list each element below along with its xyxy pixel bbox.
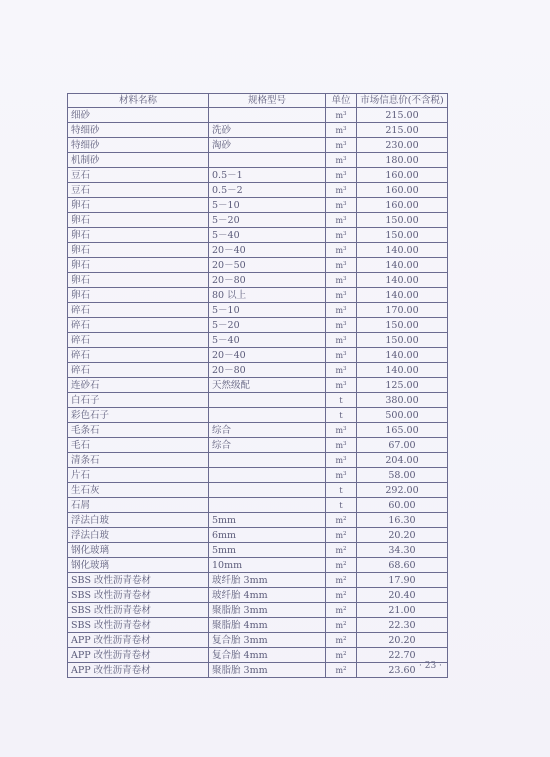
spec-model-cell: 玻纤胎 4mm (209, 588, 326, 603)
table-row: 生石灰 t 292.00 (68, 483, 448, 498)
spec-model-cell: 5－40 (209, 228, 326, 243)
spec-model-cell: 天然级配 (209, 378, 326, 393)
price-cell: 60.00 (357, 498, 448, 513)
material-name-cell: 浮法白玻 (68, 528, 209, 543)
table-row: 连砂石 天然级配 m3 125.00 (68, 378, 448, 393)
price-cell: 380.00 (357, 393, 448, 408)
material-name-cell: 碎石 (68, 318, 209, 333)
price-cell: 140.00 (357, 273, 448, 288)
unit-cell: m3 (326, 243, 357, 258)
material-name-cell: 毛条石 (68, 423, 209, 438)
material-name-cell: 碎石 (68, 333, 209, 348)
table-row: 清条石 m3 204.00 (68, 453, 448, 468)
table-row: SBS 改性沥青卷材 玻纤胎 3mm m2 17.90 (68, 573, 448, 588)
header-market-price: 市场信息价(不含税) (357, 94, 448, 108)
spec-model-cell (209, 108, 326, 123)
material-name-cell: APP 改性沥青卷材 (68, 663, 209, 678)
table-row: 彩色石子 t 500.00 (68, 408, 448, 423)
material-name-cell: 白石子 (68, 393, 209, 408)
unit-cell: m3 (326, 198, 357, 213)
spec-model-cell (209, 498, 326, 513)
spec-model-cell: 5－10 (209, 198, 326, 213)
unit-cell: m2 (326, 633, 357, 648)
spec-model-cell: 聚脂胎 3mm (209, 603, 326, 618)
unit-cell: m3 (326, 453, 357, 468)
table-row: 碎石 5－10 m3 170.00 (68, 303, 448, 318)
table-row: 特细砂 淘砂 m3 230.00 (68, 138, 448, 153)
table-row: 浮法白玻 5mm m2 16.30 (68, 513, 448, 528)
spec-model-cell: 0.5－2 (209, 183, 326, 198)
unit-cell: m3 (326, 228, 357, 243)
table-row: 卵石 20－50 m3 140.00 (68, 258, 448, 273)
spec-model-cell (209, 408, 326, 423)
material-name-cell: APP 改性沥青卷材 (68, 633, 209, 648)
material-name-cell: 碎石 (68, 348, 209, 363)
material-name-cell: APP 改性沥青卷材 (68, 648, 209, 663)
table-row: 钢化玻璃 10mm m2 68.60 (68, 558, 448, 573)
spec-model-cell: 复合胎 3mm (209, 633, 326, 648)
unit-cell: m3 (326, 123, 357, 138)
unit-cell: m3 (326, 168, 357, 183)
unit-cell: m2 (326, 618, 357, 633)
unit-cell: t (326, 483, 357, 498)
spec-model-cell: 5mm (209, 513, 326, 528)
header-material-name: 材料名称 (68, 94, 209, 108)
unit-cell: m3 (326, 108, 357, 123)
price-cell: 230.00 (357, 138, 448, 153)
material-name-cell: SBS 改性沥青卷材 (68, 603, 209, 618)
price-cell: 150.00 (357, 228, 448, 243)
spec-model-cell: 20－80 (209, 273, 326, 288)
material-name-cell: 豆石 (68, 168, 209, 183)
table-row: SBS 改性沥青卷材 聚脂胎 4mm m2 22.30 (68, 618, 448, 633)
table-row: SBS 改性沥青卷材 聚脂胎 3mm m2 21.00 (68, 603, 448, 618)
material-name-cell: 碎石 (68, 363, 209, 378)
table-row: 碎石 20－80 m3 140.00 (68, 363, 448, 378)
price-cell: 20.40 (357, 588, 448, 603)
price-cell: 150.00 (357, 213, 448, 228)
unit-cell: m3 (326, 348, 357, 363)
price-cell: 16.30 (357, 513, 448, 528)
unit-cell: m2 (326, 648, 357, 663)
spec-model-cell: 5mm (209, 543, 326, 558)
table-row: 卵石 20－40 m3 140.00 (68, 243, 448, 258)
unit-cell: m3 (326, 378, 357, 393)
price-cell: 160.00 (357, 168, 448, 183)
material-name-cell: 连砂石 (68, 378, 209, 393)
spec-model-cell: 综合 (209, 438, 326, 453)
table-row: 毛石 综合 m3 67.00 (68, 438, 448, 453)
unit-cell: m2 (326, 528, 357, 543)
table-row: 碎石 5－20 m3 150.00 (68, 318, 448, 333)
spec-model-cell: 5－40 (209, 333, 326, 348)
material-name-cell: 卵石 (68, 213, 209, 228)
price-cell: 170.00 (357, 303, 448, 318)
price-cell: 140.00 (357, 288, 448, 303)
material-name-cell: 碎石 (68, 303, 209, 318)
table-row: 碎石 5－40 m3 150.00 (68, 333, 448, 348)
header-spec-model: 规格型号 (209, 94, 326, 108)
table-row: 浮法白玻 6mm m2 20.20 (68, 528, 448, 543)
material-name-cell: 豆石 (68, 183, 209, 198)
unit-cell: m2 (326, 588, 357, 603)
unit-cell: m3 (326, 258, 357, 273)
price-cell: 500.00 (357, 408, 448, 423)
price-cell: 140.00 (357, 348, 448, 363)
unit-cell: m3 (326, 273, 357, 288)
table-row: 卵石 80 以上 m3 140.00 (68, 288, 448, 303)
material-name-cell: SBS 改性沥青卷材 (68, 573, 209, 588)
header-unit: 单位 (326, 94, 357, 108)
unit-cell: t (326, 393, 357, 408)
price-cell: 125.00 (357, 378, 448, 393)
price-cell: 20.20 (357, 633, 448, 648)
table-row: 卵石 5－40 m3 150.00 (68, 228, 448, 243)
spec-model-cell: 5－20 (209, 213, 326, 228)
table-row: 卵石 5－20 m3 150.00 (68, 213, 448, 228)
material-name-cell: 特细砂 (68, 138, 209, 153)
unit-cell: m3 (326, 153, 357, 168)
material-name-cell: 石屑 (68, 498, 209, 513)
table-row: 机制砂 m3 180.00 (68, 153, 448, 168)
price-cell: 180.00 (357, 153, 448, 168)
price-cell: 20.20 (357, 528, 448, 543)
spec-model-cell: 20－40 (209, 348, 326, 363)
price-cell: 204.00 (357, 453, 448, 468)
material-name-cell: 钢化玻璃 (68, 543, 209, 558)
table-row: 钢化玻璃 5mm m2 34.30 (68, 543, 448, 558)
table-row: APP 改性沥青卷材 聚脂胎 3mm m2 23.60 (68, 663, 448, 678)
table-row: APP 改性沥青卷材 复合胎 3mm m2 20.20 (68, 633, 448, 648)
price-cell: 22.30 (357, 618, 448, 633)
spec-model-cell: 20－80 (209, 363, 326, 378)
spec-model-cell: 淘砂 (209, 138, 326, 153)
table-header-row: 材料名称 规格型号 单位 市场信息价(不含税) (68, 94, 448, 108)
spec-model-cell (209, 468, 326, 483)
spec-model-cell: 复合胎 4mm (209, 648, 326, 663)
table-row: 卵石 20－80 m3 140.00 (68, 273, 448, 288)
spec-model-cell: 6mm (209, 528, 326, 543)
price-cell: 165.00 (357, 423, 448, 438)
price-cell: 150.00 (357, 333, 448, 348)
spec-model-cell: 洗砂 (209, 123, 326, 138)
table-row: 毛条石 综合 m3 165.00 (68, 423, 448, 438)
material-name-cell: 卵石 (68, 228, 209, 243)
spec-model-cell: 80 以上 (209, 288, 326, 303)
material-name-cell: 卵石 (68, 273, 209, 288)
unit-cell: m3 (326, 468, 357, 483)
price-cell: 34.30 (357, 543, 448, 558)
spec-model-cell (209, 153, 326, 168)
spec-model-cell: 聚脂胎 4mm (209, 618, 326, 633)
unit-cell: m3 (326, 423, 357, 438)
material-name-cell: 彩色石子 (68, 408, 209, 423)
table-row: 特细砂 洗砂 m3 215.00 (68, 123, 448, 138)
price-cell: 215.00 (357, 108, 448, 123)
unit-cell: m3 (326, 318, 357, 333)
material-name-cell: 卵石 (68, 258, 209, 273)
material-name-cell: SBS 改性沥青卷材 (68, 618, 209, 633)
table-row: APP 改性沥青卷材 复合胎 4mm m2 22.70 (68, 648, 448, 663)
spec-model-cell: 聚脂胎 3mm (209, 663, 326, 678)
material-name-cell: 片石 (68, 468, 209, 483)
table-row: SBS 改性沥青卷材 玻纤胎 4mm m2 20.40 (68, 588, 448, 603)
material-name-cell: 卵石 (68, 288, 209, 303)
material-name-cell: 毛石 (68, 438, 209, 453)
unit-cell: m2 (326, 603, 357, 618)
material-name-cell: 卵石 (68, 243, 209, 258)
spec-model-cell (209, 483, 326, 498)
material-name-cell: SBS 改性沥青卷材 (68, 588, 209, 603)
spec-model-cell: 5－20 (209, 318, 326, 333)
table-body: 细砂 m3 215.00 特细砂 洗砂 m3 215.00 特细砂 淘砂 m3 … (68, 108, 448, 678)
material-name-cell: 卵石 (68, 198, 209, 213)
price-cell: 67.00 (357, 438, 448, 453)
spec-model-cell: 5－10 (209, 303, 326, 318)
material-name-cell: 生石灰 (68, 483, 209, 498)
table-row: 豆石 0.5－2 m3 160.00 (68, 183, 448, 198)
unit-cell: m2 (326, 543, 357, 558)
spec-model-cell (209, 393, 326, 408)
price-cell: 58.00 (357, 468, 448, 483)
price-cell: 160.00 (357, 183, 448, 198)
material-name-cell: 钢化玻璃 (68, 558, 209, 573)
unit-cell: m3 (326, 303, 357, 318)
unit-cell: m3 (326, 138, 357, 153)
price-cell: 140.00 (357, 363, 448, 378)
table-row: 碎石 20－40 m3 140.00 (68, 348, 448, 363)
price-cell: 150.00 (357, 318, 448, 333)
material-name-cell: 细砂 (68, 108, 209, 123)
unit-cell: m2 (326, 573, 357, 588)
material-name-cell: 特细砂 (68, 123, 209, 138)
spec-model-cell: 玻纤胎 3mm (209, 573, 326, 588)
price-cell: 140.00 (357, 258, 448, 273)
spec-model-cell: 20－40 (209, 243, 326, 258)
table-row: 石屑 t 60.00 (68, 498, 448, 513)
material-price-table: 材料名称 规格型号 单位 市场信息价(不含税) 细砂 m3 215.00 特细砂… (67, 93, 448, 678)
spec-model-cell: 20－50 (209, 258, 326, 273)
price-cell: 21.00 (357, 603, 448, 618)
price-cell: 17.90 (357, 573, 448, 588)
unit-cell: t (326, 498, 357, 513)
spec-model-cell: 10mm (209, 558, 326, 573)
material-name-cell: 浮法白玻 (68, 513, 209, 528)
unit-cell: t (326, 408, 357, 423)
unit-cell: m3 (326, 363, 357, 378)
table-row: 细砂 m3 215.00 (68, 108, 448, 123)
material-name-cell: 机制砂 (68, 153, 209, 168)
table-row: 白石子 t 380.00 (68, 393, 448, 408)
unit-cell: m3 (326, 438, 357, 453)
unit-cell: m2 (326, 663, 357, 678)
price-cell: 140.00 (357, 243, 448, 258)
page-number: · 23 · (419, 661, 442, 671)
unit-cell: m2 (326, 513, 357, 528)
spec-model-cell (209, 453, 326, 468)
table-row: 片石 m3 58.00 (68, 468, 448, 483)
unit-cell: m2 (326, 558, 357, 573)
price-cell: 292.00 (357, 483, 448, 498)
unit-cell: m3 (326, 288, 357, 303)
unit-cell: m3 (326, 333, 357, 348)
material-name-cell: 清条石 (68, 453, 209, 468)
table-row: 豆石 0.5－1 m3 160.00 (68, 168, 448, 183)
spec-model-cell: 综合 (209, 423, 326, 438)
unit-cell: m3 (326, 213, 357, 228)
price-cell: 215.00 (357, 123, 448, 138)
document-page: 材料名称 规格型号 单位 市场信息价(不含税) 细砂 m3 215.00 特细砂… (0, 0, 550, 757)
table-row: 卵石 5－10 m3 160.00 (68, 198, 448, 213)
price-cell: 160.00 (357, 198, 448, 213)
spec-model-cell: 0.5－1 (209, 168, 326, 183)
price-cell: 68.60 (357, 558, 448, 573)
unit-cell: m3 (326, 183, 357, 198)
